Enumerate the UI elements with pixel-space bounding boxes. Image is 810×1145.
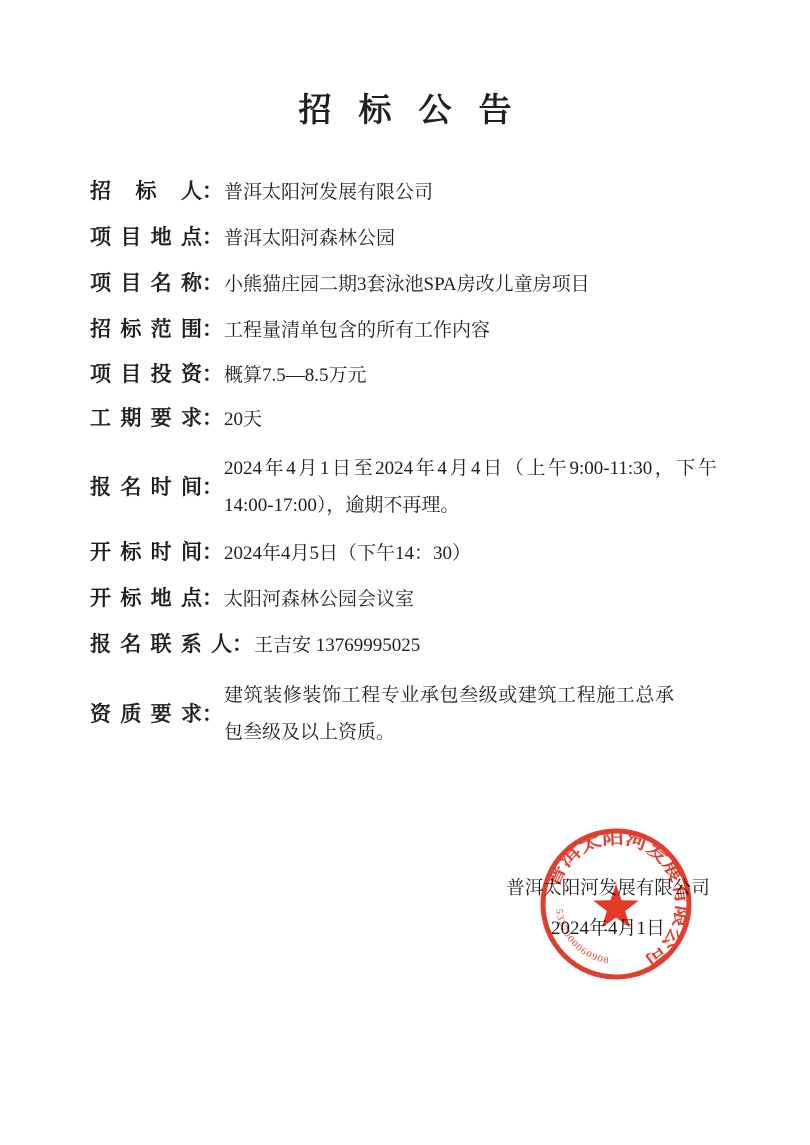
field-colon: ： (202, 584, 223, 612)
field-colon: ： (202, 700, 223, 728)
field-row-bid-opening-location: 开标地点： 太阳河森林公园会议室 (90, 584, 414, 614)
field-label: 招标人 (90, 177, 202, 205)
page-title: 招标公告 (27, 84, 810, 131)
field-value: 太阳河森林公园会议室 (224, 586, 414, 614)
field-colon: ： (202, 315, 223, 343)
field-label: 项目名称 (90, 269, 202, 297)
tender-announcement-document: 招标公告 招标人： 普洱太阳河发展有限公司 项目地点： 普洱太阳河森林公园 项目… (0, 0, 810, 1145)
field-colon: ： (232, 630, 253, 658)
field-label: 报名时间 (90, 473, 202, 501)
field-colon: ： (202, 360, 223, 388)
field-colon: ： (202, 404, 223, 432)
field-colon: ： (202, 177, 223, 205)
signature-date: 2024年4月1日 (488, 917, 728, 941)
field-value: 普洱太阳河发展有限公司 (224, 179, 433, 207)
field-label: 招标范围 (90, 315, 202, 343)
field-value: 王吉安 13769995025 (254, 632, 420, 660)
field-colon: ： (202, 269, 223, 297)
field-value: 2024年4月5日（下午14：30） (224, 540, 471, 568)
field-label: 报名联系人 (90, 630, 232, 658)
field-row-project-name: 项目名称： 小熊猫庄园二期3套泳池SPA房改儿童房项目 (90, 269, 590, 299)
field-colon: ： (202, 473, 223, 501)
field-label: 项目投资 (90, 360, 202, 388)
field-row-registration-time: 报名时间： 2024年4月1日至2024年4月4日（上午9:00-11:30，下… (90, 450, 717, 524)
field-row-contact-person: 报名联系人： 王吉安 13769995025 (90, 630, 420, 660)
field-colon: ： (202, 538, 223, 566)
field-value: 建筑装修装饰工程专业承包叁级或建筑工程施工总承包叁级及以上资质。 (224, 677, 674, 751)
signature-block: 普洱太阳河发展有限公司 2024年4月1日 (488, 877, 728, 941)
field-label: 工期要求 (90, 404, 202, 432)
field-row-bid-opening-time: 开标时间： 2024年4月5日（下午14：30） (90, 538, 471, 568)
field-label: 开标地点 (90, 584, 202, 612)
field-row-project-location: 项目地点： 普洱太阳河森林公园 (90, 223, 395, 253)
field-row-construction-period: 工期要求： 20天 (90, 404, 262, 434)
field-value: 工程量清单包含的所有工作内容 (224, 317, 490, 345)
field-row-qualification-requirements: 资质要求： 建筑装修装饰工程专业承包叁级或建筑工程施工总承包叁级及以上资质。 (90, 677, 674, 751)
field-value: 20天 (224, 406, 262, 434)
field-row-project-investment: 项目投资： 概算7.5—8.5万元 (90, 360, 367, 390)
field-colon: ： (202, 223, 223, 251)
signature-company: 普洱太阳河发展有限公司 (488, 877, 728, 901)
field-label: 项目地点 (90, 223, 202, 251)
field-value: 2024年4月1日至2024年4月4日（上午9:00-11:30，下午14:00… (224, 450, 717, 524)
field-label: 资质要求 (90, 700, 202, 728)
field-value: 概算7.5—8.5万元 (224, 362, 367, 390)
field-value: 小熊猫庄园二期3套泳池SPA房改儿童房项目 (224, 271, 590, 299)
field-row-bidder: 招标人： 普洱太阳河发展有限公司 (90, 177, 433, 207)
field-row-bid-scope: 招标范围： 工程量清单包含的所有工作内容 (90, 315, 490, 345)
field-value: 普洱太阳河森林公园 (224, 225, 395, 253)
field-label: 开标时间 (90, 538, 202, 566)
